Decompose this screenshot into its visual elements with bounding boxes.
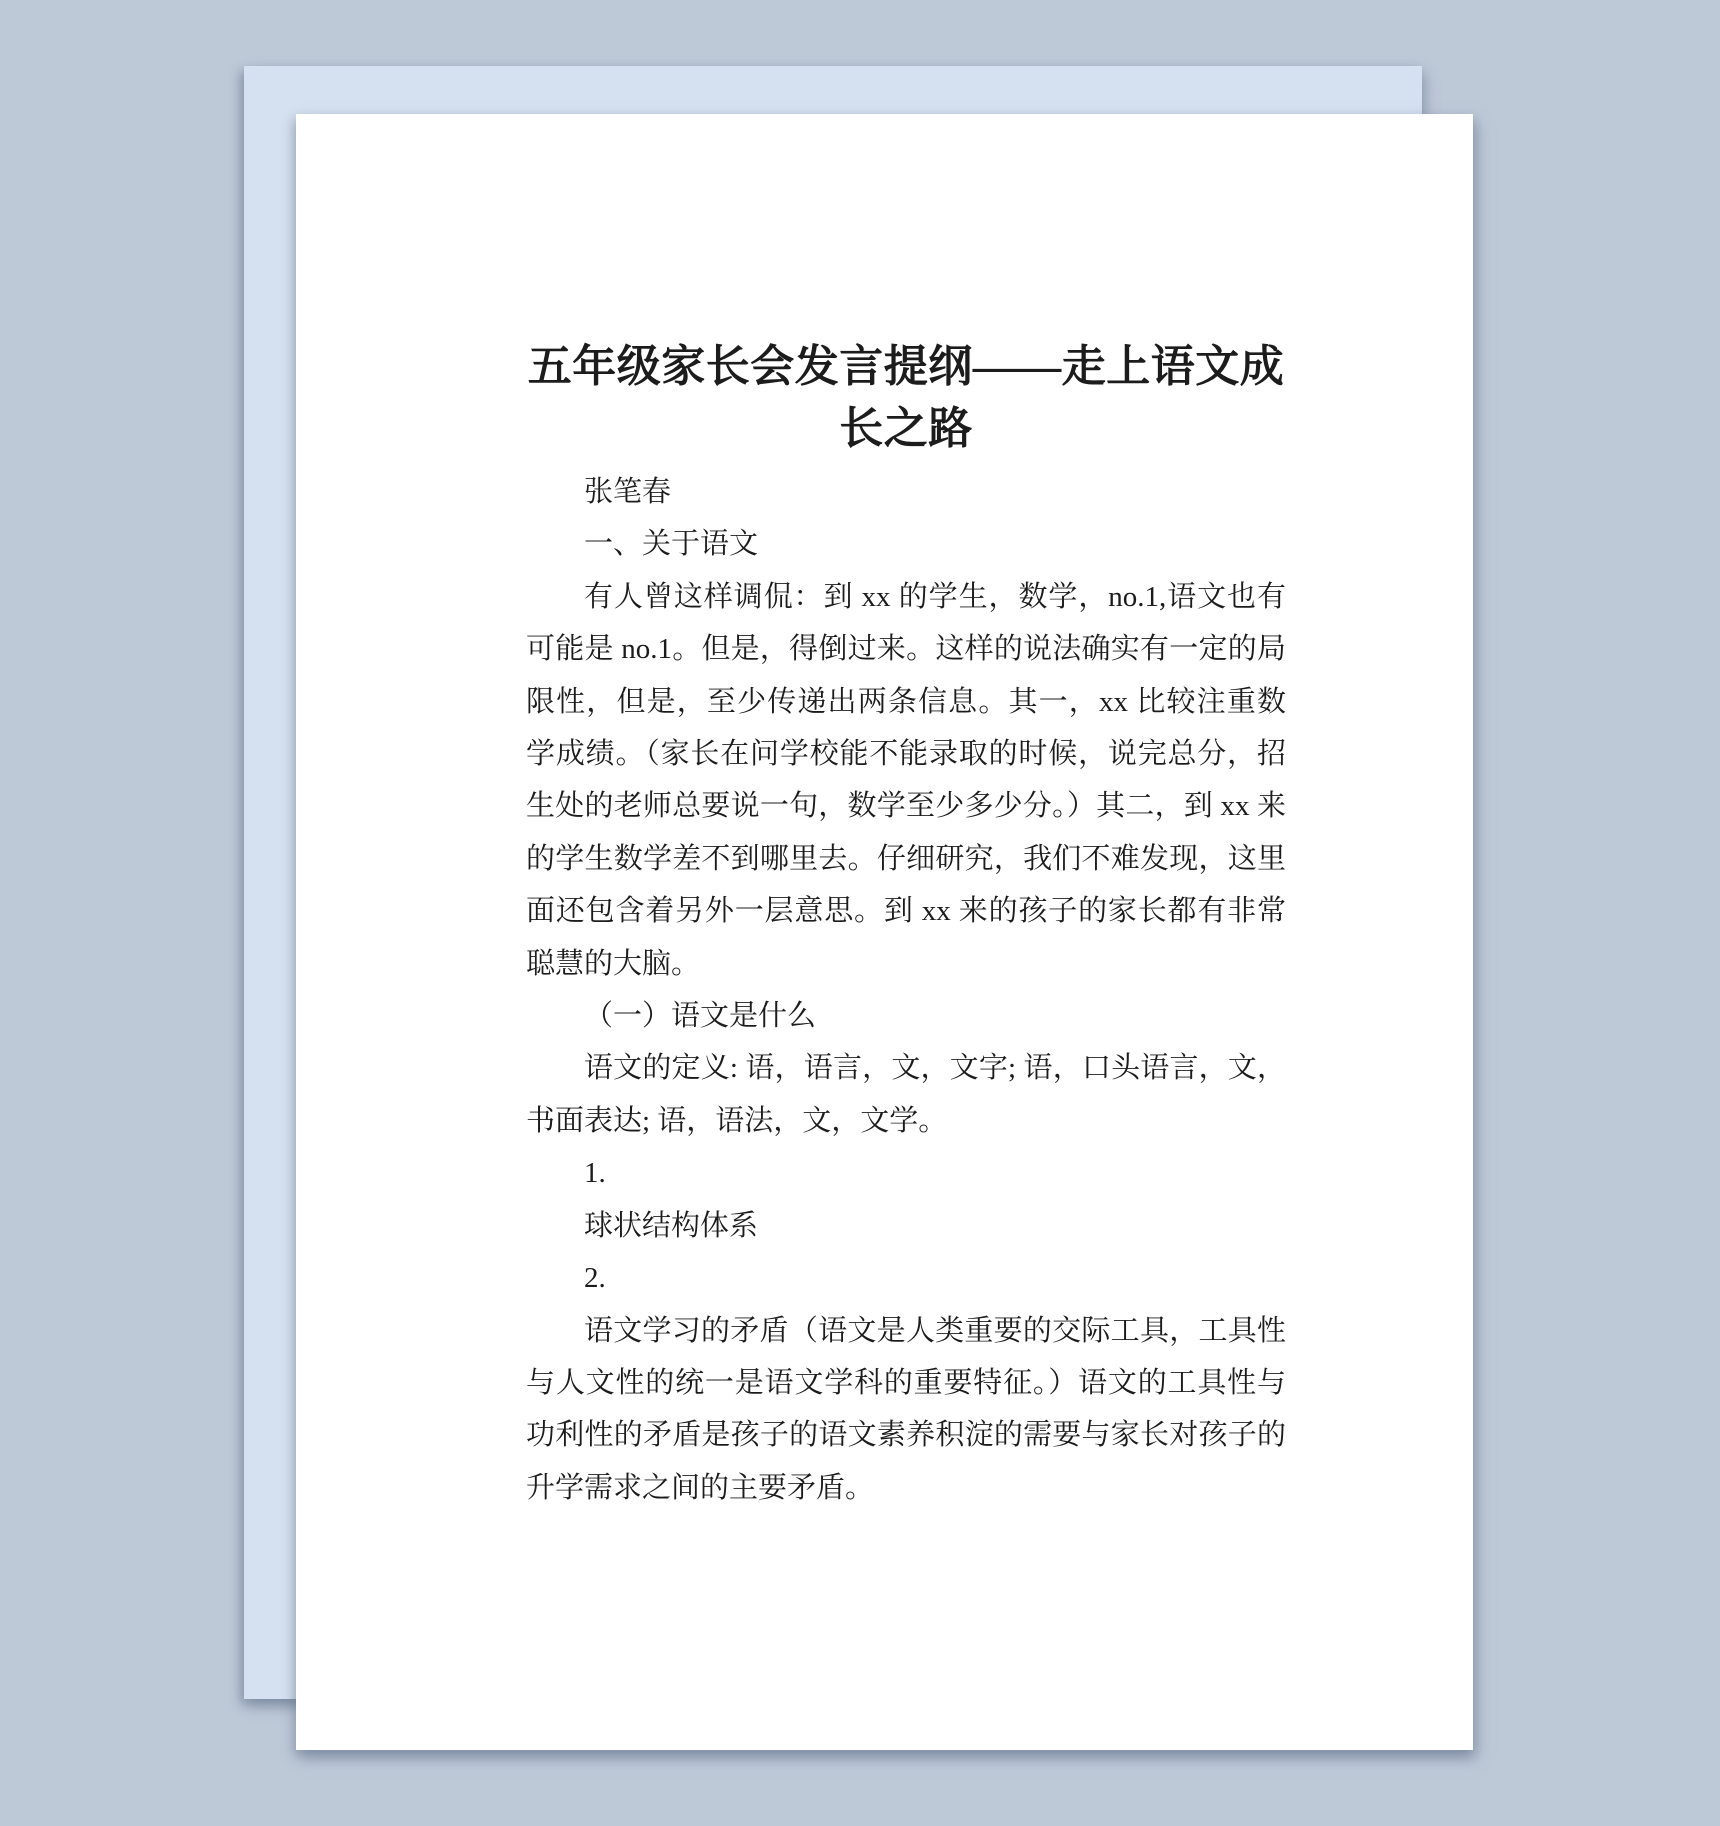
list-item-spherical-structure: 球状结构体系 xyxy=(526,1200,1286,1252)
list-number-1: 1. xyxy=(526,1147,1286,1199)
subsection-heading-yuwen-is-what: （一）语文是什么 xyxy=(526,990,1286,1042)
section-heading-guanyu-yuwen: 一、关于语文 xyxy=(526,518,1286,570)
document-page: 五年级家长会发言提纲——走上语文成长之路 张笔春 一、关于语文 有人曾这样调侃：… xyxy=(296,114,1473,1750)
list-number-2: 2. xyxy=(526,1252,1286,1304)
author-line: 张笔春 xyxy=(526,466,1286,518)
paragraph-yuwen-contradiction: 语文学习的矛盾（语文是人类重要的交际工具，工具性与人文性的统一是语文学科的重要特… xyxy=(526,1305,1286,1515)
document-title: 五年级家长会发言提纲——走上语文成长之路 xyxy=(526,336,1286,460)
paragraph-yuwen-definition: 语文的定义: 语，语言，文，文字; 语，口头语言，文，书面表达; 语，语法，文，… xyxy=(526,1042,1286,1147)
desktop-background: 五年级家长会发言提纲——走上语文成长之路 张笔春 一、关于语文 有人曾这样调侃：… xyxy=(0,0,1720,1826)
paragraph-intro-anecdote: 有人曾这样调侃：到 xx 的学生，数学，no.1,语文也有可能是 no.1。但是… xyxy=(526,571,1286,990)
